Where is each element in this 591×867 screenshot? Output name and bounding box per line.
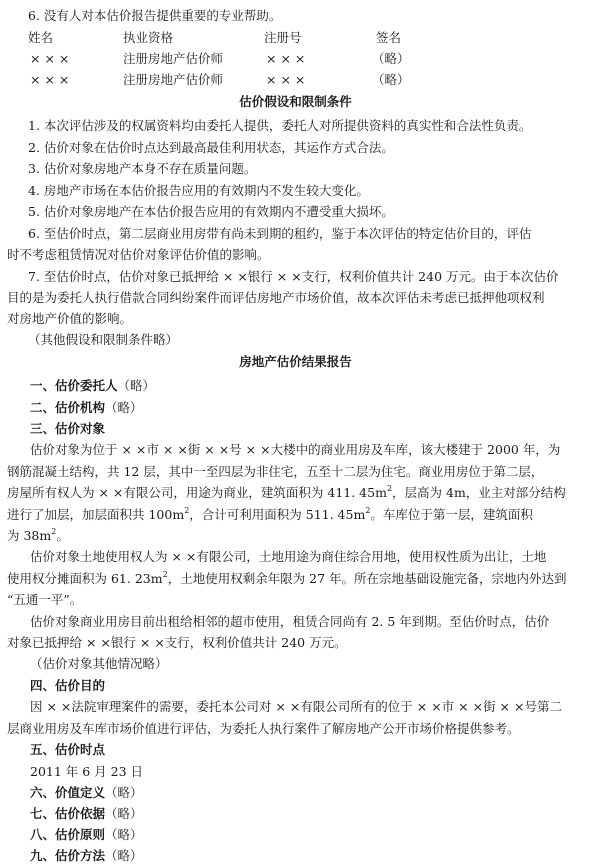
paragraph-line: “五通一平”。 [7,592,82,608]
paragraph-line: 房屋所有权人为 × ×有限公司，用途为商业，建筑面积为 411. 45m2，层高… [7,485,566,501]
valuation-date-value: 2011 年 6 月 23 日 [30,764,143,780]
result-report-title: 房地产估价结果报告 [0,354,591,370]
section-heading: 七、估价依据 [30,806,105,821]
assumption-item: 3. 估价对象房地产本身不存在质量问题。 [28,161,256,177]
section-client: 一、估价委托人（略） [30,378,155,394]
text: 为 38m [7,528,51,543]
paragraph-line: 因 × ×法院审理案件的需要，委托本公司对 × ×有限公司所有的位于 × ×市 … [30,699,562,715]
assumption-item: 6. 至估价时点，第二层商业用房带有尚未到期的租约，鉴于本次评估的特定估价目的，… [28,226,531,242]
header-reg-no: 注册号 [264,30,302,46]
assumptions-title: 估价假设和限制条件 [0,94,591,110]
text: ，土地使用权剩余年限为 27 年。所在宗地基础设施完备，宗地内外达到 [168,571,567,586]
cell-qualification: 注册房地产估价师 [123,51,223,67]
section-note: （略） [118,378,156,393]
subject-omitted: （估价对象其他情况略） [30,656,168,672]
text: 使用权分摊面积为 61. 23m [7,571,163,586]
text: 。 [56,528,69,543]
cell-name: × × × [30,72,69,88]
section-institution: 二、估价机构（略） [30,400,143,416]
cell-signature: （略） [372,72,410,88]
assumption-item: 1. 本次评估涉及的权属资料均由委托人提供，委托人对所提供资料的真实性和合法性负… [28,118,531,134]
header-signature: 签名 [376,30,401,46]
cell-reg-no: × × × [266,72,305,88]
assumption-item-cont: 对房地产价值的影响。 [7,311,132,327]
paragraph-line: 估价对象商业用房目前出租给相邻的超市使用，租赁合同尚有 2. 5 年到期。至估价… [30,614,549,630]
text: ，合计可利用面积为 511. 45m [189,507,365,522]
assumption-item: 4. 房地产市场在本估价报告应用的有效期内不发生较大变化。 [28,183,369,199]
section-principles: 八、估价原则（略） [30,827,143,843]
text: 进行了加层，加层面积共 100m [7,507,184,522]
assumption-item-cont: 目的是为委托人执行借款合同纠纷案件而评估房地产市场价值，故本次评估未考虑已抵押他… [7,290,545,306]
section-note: （略） [105,806,143,821]
text: ，层高为 4m，业主对部分结构 [392,485,566,500]
section-heading: 一、估价委托人 [30,378,118,393]
paragraph-line: 钢筋混凝土结构，共 12 层，其中一至四层为非住宅，五至十二层为住宅。商业用房位… [7,464,543,480]
section-purpose: 四、估价目的 [30,678,105,694]
section-value-definition: 六、价值定义（略） [30,785,143,801]
paragraph-line: 使用权分摊面积为 61. 23m2，土地使用权剩余年限为 27 年。所在宗地基础… [7,571,567,587]
paragraph-line: 估价对象为位于 × ×市 × ×街 × ×号 × ×大楼中的商业用房及车库，该大… [30,442,560,458]
paragraph-line: 为 38m2。 [7,528,69,544]
paragraph-line: 对象已抵押给 × ×银行 × ×支行，权利价值共计 240 万元。 [7,635,347,651]
cell-signature: （略） [372,51,410,67]
text: 房屋所有权人为 × ×有限公司，用途为商业，建筑面积为 411. 45m [7,485,387,500]
assumption-item: 7. 至估价时点，估价对象已抵押给 × ×银行 × ×支行，权利价值共计 240… [28,269,559,285]
section-subject: 三、估价对象 [30,421,105,437]
section-note: （略） [105,848,143,863]
assumptions-omitted: （其他假设和限制条件略） [28,332,178,348]
header-name: 姓名 [28,30,53,46]
cell-reg-no: × × × [266,51,305,67]
cell-qualification: 注册房地产估价师 [123,72,223,88]
paragraph-line: 层商业用房及车库市场价值进行评估，为委托人执行案件了解房地产公开市场价格提供参考… [7,721,520,737]
header-qualification: 执业资格 [123,30,173,46]
assumption-item: 2. 估价对象在估价时点达到最高最佳利用状态，其运作方式合法。 [28,140,394,156]
assumption-item-cont: 时不考虑租赁情况对估价对象评估价值的影响。 [7,247,270,263]
section-heading: 八、估价原则 [30,827,105,842]
text: 。车库位于第一层，建筑面积 [370,507,533,522]
section-note: （略） [105,827,143,842]
section-heading: 二、估价机构 [30,400,105,415]
section-note: （略） [105,785,143,800]
cell-name: × × × [30,51,69,67]
section-heading: 六、价值定义 [30,785,105,800]
paragraph-line: 进行了加层，加层面积共 100m2，合计可利用面积为 511. 45m2。车库位… [7,507,533,523]
top-note: 6. 没有人对本估价报告提供重要的专业帮助。 [28,8,281,24]
section-methods: 九、估价方法（略） [30,848,143,864]
section-heading: 九、估价方法 [30,848,105,863]
section-note: （略） [105,400,143,415]
paragraph-line: 估价对象土地使用权人为 × ×有限公司，土地用途为商住综合用地，使用权性质为出让… [30,549,546,565]
section-basis: 七、估价依据（略） [30,806,143,822]
section-valuation-date: 五、估价时点 [30,742,105,758]
assumption-item: 5. 估价对象房地产在本估价报告应用的有效期内不遭受重大损坏。 [28,204,394,220]
